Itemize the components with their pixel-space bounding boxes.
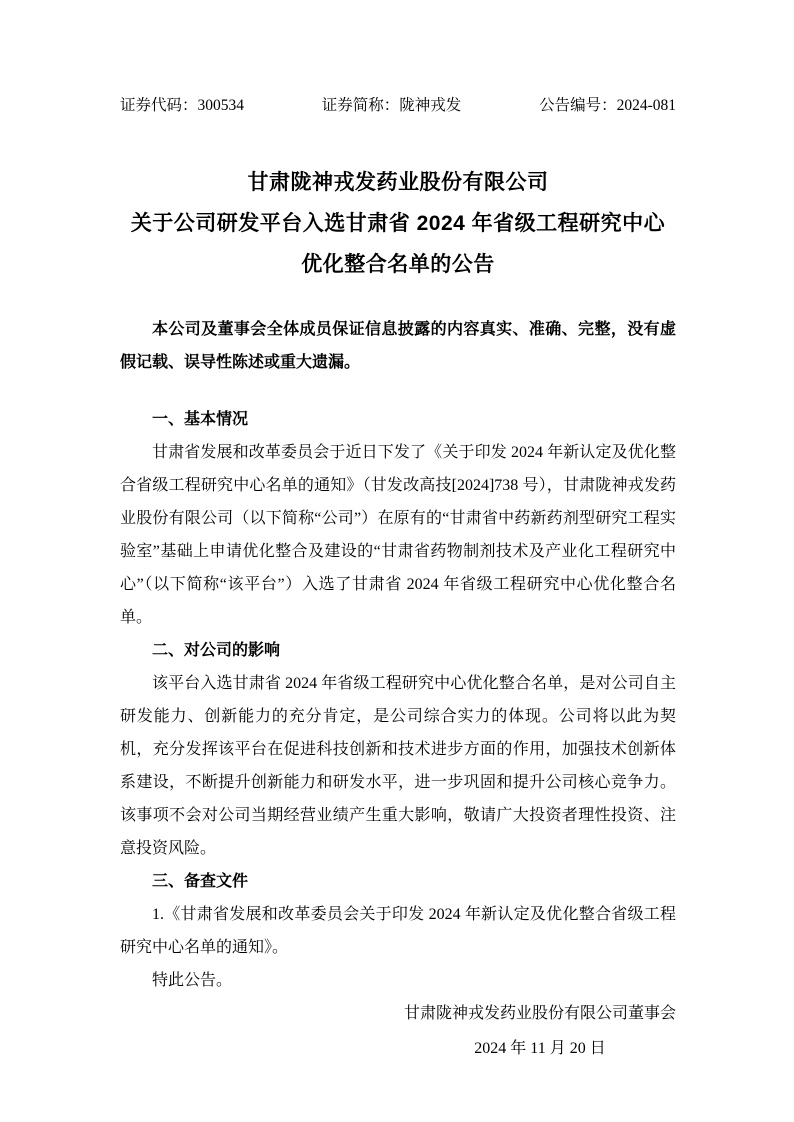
title-line-1: 甘肃陇神戎发药业股份有限公司 bbox=[120, 162, 676, 203]
closing-remark: 特此公告。 bbox=[120, 964, 676, 997]
announcement-date: 2024 年 11 月 20 日 bbox=[404, 1030, 676, 1068]
announcement-title: 甘肃陇神戎发药业股份有限公司 关于公司研发平台入选甘肃省 2024 年省级工程研… bbox=[120, 162, 676, 285]
announcement-page: 证券代码：300534 证券简称：陇神戎发 公告编号：2024-081 甘肃陇神… bbox=[0, 0, 794, 1122]
section-1-paragraph: 甘肃省发展和改革委员会于近日下发了《关于印发 2024 年新认定及优化整合省级工… bbox=[120, 436, 676, 634]
board-signature: 甘肃陇神戎发药业股份有限公司董事会 bbox=[404, 997, 676, 1030]
stock-code-label: 证券代码：300534 bbox=[120, 96, 244, 116]
stock-info-header: 证券代码：300534 证券简称：陇神戎发 公告编号：2024-081 bbox=[120, 96, 676, 116]
section-1-heading: 一、基本情况 bbox=[120, 403, 676, 436]
section-3-heading: 三、备查文件 bbox=[120, 865, 676, 898]
title-line-2: 关于公司研发平台入选甘肃省 2024 年省级工程研究中心 bbox=[120, 203, 676, 244]
title-line-3: 优化整合名单的公告 bbox=[120, 244, 676, 285]
disclosure-statement: 本公司及董事会全体成员保证信息披露的内容真实、准确、完整，没有虚假记载、误导性陈… bbox=[120, 313, 676, 379]
section-3-paragraph-1: 1.《甘肃省发展和改革委员会关于印发 2024 年新认定及优化整合省级工程研究中… bbox=[120, 898, 676, 964]
stock-name-label: 证券简称：陇神戎发 bbox=[322, 96, 462, 116]
signature-area: 甘肃陇神戎发药业股份有限公司董事会 2024 年 11 月 20 日 bbox=[120, 997, 676, 1068]
announcement-body: 一、基本情况 甘肃省发展和改革委员会于近日下发了《关于印发 2024 年新认定及… bbox=[120, 403, 676, 1068]
signature-block: 甘肃陇神戎发药业股份有限公司董事会 2024 年 11 月 20 日 bbox=[404, 997, 676, 1068]
section-2-paragraph: 该平台入选甘肃省 2024 年省级工程研究中心优化整合名单，是对公司自主研发能力… bbox=[120, 667, 676, 865]
announcement-number-label: 公告编号：2024-081 bbox=[539, 96, 676, 116]
section-2-heading: 二、对公司的影响 bbox=[120, 634, 676, 667]
